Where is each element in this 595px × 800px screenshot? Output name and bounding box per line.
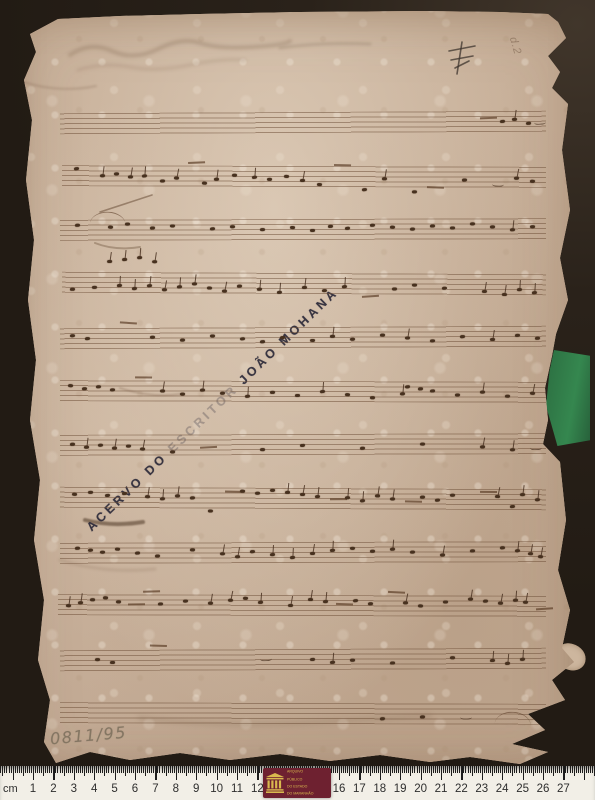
ruler-number: 5	[111, 783, 117, 795]
note-mark	[70, 334, 75, 337]
ruler-tick	[396, 766, 397, 773]
note-mark	[88, 491, 93, 494]
ruler-tick	[182, 766, 183, 773]
ruler-tick	[153, 766, 154, 773]
note-mark	[310, 229, 315, 233]
ruler-tick	[370, 766, 371, 776]
ruler-tick	[447, 766, 448, 773]
note-mark	[140, 447, 145, 451]
note-mark	[420, 442, 425, 446]
ruler: 1234567891011121314151617181920212223242…	[0, 766, 595, 800]
note-mark	[280, 336, 285, 340]
ruler-tick	[449, 766, 450, 773]
note-mark	[530, 180, 535, 184]
note-stem	[260, 279, 262, 288]
ruler-tick	[70, 766, 71, 773]
note-mark	[310, 339, 315, 343]
ruler-tick	[472, 766, 473, 776]
ruler-tick	[221, 766, 222, 773]
note-stem	[145, 166, 147, 175]
note-mark	[78, 601, 83, 604]
note-mark	[526, 122, 531, 126]
note-mark	[420, 495, 425, 499]
ruler-tick	[549, 766, 550, 773]
note-mark	[250, 550, 255, 554]
note-stem	[69, 596, 71, 605]
ruler-tick	[453, 766, 454, 773]
ruler-tick	[213, 766, 214, 773]
ruler-tick	[86, 766, 87, 773]
note-mark	[330, 335, 335, 338]
note-mark	[310, 552, 315, 556]
ruler-tick	[455, 766, 456, 773]
note-mark	[380, 717, 385, 721]
note-mark	[350, 659, 355, 663]
note-stem	[517, 168, 520, 177]
note-mark	[190, 496, 195, 500]
ruler-tick	[484, 766, 485, 773]
music-staff	[60, 487, 546, 511]
ruler-tick	[343, 766, 344, 773]
ruler-tick	[104, 766, 105, 776]
note-stem	[408, 328, 411, 337]
note-mark	[222, 289, 227, 293]
ruler-tick	[580, 766, 581, 773]
note-mark	[105, 494, 110, 498]
note-mark	[320, 390, 325, 394]
ruler-tick	[355, 766, 356, 773]
note-stem	[406, 593, 409, 602]
ruler-tick	[145, 766, 146, 776]
ruler-tick	[565, 766, 566, 773]
note-mark	[96, 385, 101, 389]
note-mark	[70, 443, 75, 447]
music-staff	[60, 648, 546, 672]
note-stem	[498, 487, 501, 496]
ruler-tick	[43, 766, 44, 776]
ruler-tick	[139, 766, 140, 773]
ruler-tick	[219, 766, 220, 773]
note-stem	[515, 109, 517, 118]
note-stem	[180, 277, 182, 286]
ruler-number: 22	[455, 783, 468, 795]
note-mark	[450, 226, 455, 230]
note-mark	[380, 333, 385, 337]
note-mark	[490, 659, 495, 663]
ruler-tick	[512, 766, 513, 776]
ruler-tick	[15, 766, 16, 773]
note-stem	[345, 277, 347, 286]
note-stem	[493, 330, 496, 339]
ruler-tick	[129, 766, 130, 773]
note-mark	[135, 551, 140, 555]
ruler-tick	[51, 766, 52, 773]
ruler-tick	[68, 766, 69, 773]
note-mark	[228, 599, 233, 603]
note-mark	[500, 120, 505, 124]
note-mark	[122, 258, 127, 261]
ruler-tick	[335, 766, 336, 773]
ruler-tick	[60, 766, 61, 773]
ruler-tick	[47, 766, 48, 773]
note-mark	[382, 177, 387, 181]
ruler-tick	[39, 766, 40, 773]
pencil-glyph-icon	[449, 42, 475, 74]
ruler-tick	[366, 766, 367, 773]
note-mark	[126, 445, 131, 449]
note-mark	[220, 552, 225, 556]
note-mark	[122, 492, 127, 495]
note-mark	[435, 499, 440, 503]
note-mark	[68, 384, 73, 388]
note-stem	[385, 169, 388, 178]
ruler-tick	[351, 766, 352, 773]
note-stem	[148, 487, 150, 496]
note-mark	[400, 392, 405, 396]
ruler-tick	[106, 766, 107, 773]
note-mark	[317, 183, 322, 187]
note-mark	[514, 177, 519, 181]
note-mark	[85, 337, 90, 340]
ruler-tick	[168, 766, 169, 773]
note-mark	[410, 550, 415, 554]
note-mark	[418, 604, 423, 608]
archive-logo-text-line: PÚBLICO	[287, 777, 328, 781]
note-mark	[323, 600, 328, 604]
ruler-tick	[31, 766, 32, 773]
note-mark	[360, 499, 365, 503]
note-stem	[135, 278, 137, 287]
ruler-number: 25	[516, 783, 529, 795]
ruler-tick	[363, 766, 364, 773]
scribble-mark	[534, 118, 546, 125]
note-mark	[142, 174, 147, 178]
note-mark	[490, 338, 495, 342]
note-mark	[75, 224, 80, 227]
note-stem	[318, 487, 320, 496]
note-stem	[305, 277, 307, 286]
beam-mark	[480, 117, 497, 119]
note-mark	[210, 227, 215, 231]
note-mark	[180, 339, 185, 343]
ruler-tick	[490, 766, 491, 773]
ruler-tick	[527, 766, 528, 773]
note-mark	[255, 492, 260, 495]
music-staff	[60, 218, 546, 241]
ruler-tick	[210, 766, 211, 773]
archive-logo-text-line: DO ESTADO	[287, 785, 328, 789]
ruler-tick	[576, 766, 577, 773]
ruler-tick	[166, 766, 167, 776]
note-mark	[505, 395, 510, 399]
note-mark	[245, 395, 250, 399]
note-mark	[455, 394, 460, 397]
note-mark	[330, 661, 335, 665]
beam-mark	[188, 161, 205, 163]
note-mark	[328, 225, 333, 229]
music-staff	[60, 111, 546, 135]
note-mark	[462, 179, 467, 182]
ruler-number: 4	[91, 783, 97, 795]
ruler-tick	[98, 766, 99, 773]
ruler-tick	[62, 766, 63, 773]
note-mark	[160, 497, 165, 501]
beam-mark	[135, 376, 152, 378]
note-stem	[516, 590, 518, 599]
note-mark	[66, 604, 71, 607]
note-mark	[300, 444, 305, 448]
ruler-tick	[435, 766, 436, 773]
ruler-tick	[186, 766, 187, 776]
ruler-tick	[245, 766, 246, 773]
archive-logo-text: ARQUIVOPÚBLICODO ESTADODO MARANHÃO	[287, 768, 328, 797]
note-mark	[84, 446, 89, 449]
ruler-tick	[215, 766, 216, 773]
note-mark	[108, 226, 113, 230]
ruler-tick	[429, 766, 430, 773]
note-mark	[470, 222, 475, 225]
ruler-tick	[96, 766, 97, 773]
beam-mark	[334, 164, 351, 166]
ruler-tick	[382, 766, 383, 773]
ruler-tick	[255, 766, 256, 773]
note-mark	[315, 495, 320, 498]
ruler-tick	[427, 766, 428, 773]
note-mark	[147, 284, 152, 287]
ruler-tick	[541, 766, 542, 773]
note-stem	[211, 593, 214, 602]
ruler-tick	[394, 766, 395, 773]
note-mark	[175, 494, 180, 497]
note-mark	[162, 288, 167, 292]
ruler-tick	[76, 766, 77, 773]
ruler-tick	[431, 766, 432, 776]
note-mark	[515, 549, 520, 552]
note-stem	[501, 593, 504, 602]
ruler-tick	[247, 766, 248, 776]
note-mark	[442, 287, 447, 291]
ruler-tick	[164, 766, 165, 773]
ruler-tick	[357, 766, 358, 773]
ruler-tick	[561, 766, 562, 773]
note-stem	[378, 486, 380, 495]
ruler-tick	[465, 766, 466, 773]
note-stem	[273, 544, 275, 553]
note-mark	[345, 227, 350, 231]
note-stem	[326, 591, 328, 600]
note-stem	[538, 490, 540, 499]
ruler-tick	[408, 766, 409, 773]
scribble-mark	[530, 444, 542, 450]
note-mark	[117, 284, 122, 288]
ruler-tick	[368, 766, 369, 773]
note-mark	[92, 286, 97, 289]
note-mark	[460, 335, 465, 339]
ruler-tick	[398, 766, 399, 773]
note-stem	[293, 547, 295, 556]
ruler-number: 10	[210, 783, 223, 795]
ruler-tick	[125, 766, 126, 776]
note-mark	[160, 389, 165, 393]
note-stem	[471, 589, 474, 598]
ruler-tick	[0, 766, 1, 773]
ruler-tick	[412, 766, 413, 773]
ruler-tick	[496, 766, 497, 773]
note-mark	[260, 228, 265, 231]
note-mark	[520, 658, 525, 662]
note-mark	[350, 338, 355, 341]
ruler-tick	[494, 766, 495, 773]
ruler-number: 18	[373, 783, 386, 795]
ruler-tick	[180, 766, 181, 773]
note-stem	[393, 489, 395, 498]
ruler-tick	[102, 766, 103, 773]
ruler-tick	[127, 766, 128, 773]
note-mark	[214, 178, 219, 181]
note-mark	[285, 491, 290, 495]
ruler-number: 3	[71, 783, 77, 795]
ruler-tick	[510, 766, 511, 773]
note-mark	[482, 290, 487, 294]
note-mark	[190, 548, 195, 552]
note-mark	[150, 226, 155, 230]
ruler-tick	[35, 766, 36, 773]
archive-logo-text-line: ARQUIVO	[287, 770, 328, 774]
ruler-tick	[149, 766, 150, 773]
note-mark	[440, 553, 445, 557]
ruler-tick	[488, 766, 489, 773]
green-backing-object	[546, 350, 590, 446]
ruler-tick	[372, 766, 373, 773]
note-mark	[443, 600, 448, 603]
note-mark	[98, 444, 103, 447]
ruler-tick	[347, 766, 348, 773]
note-stem	[203, 380, 205, 389]
paper: ACERVO DO ESCRITOR JOÃO MOHANA 0811/95 d…	[0, 0, 595, 800]
note-stem	[513, 220, 515, 229]
ruler-tick	[539, 766, 540, 773]
note-mark	[112, 447, 117, 451]
note-mark	[290, 226, 295, 230]
beam-mark	[143, 590, 160, 592]
note-mark	[362, 188, 367, 192]
note-mark	[513, 599, 518, 603]
ruler-tick	[414, 766, 415, 773]
ruler-tick	[378, 766, 379, 773]
ruler-tick	[229, 766, 230, 773]
ruler-tick	[174, 766, 175, 773]
ruler-number: 2	[50, 783, 56, 795]
note-mark	[70, 288, 75, 292]
note-mark	[490, 225, 495, 228]
note-stem	[110, 251, 112, 260]
note-mark	[243, 597, 248, 601]
ruler-tick	[592, 766, 593, 773]
ruler-tick	[225, 766, 226, 773]
beam-mark	[388, 591, 405, 594]
note-stem	[261, 592, 263, 601]
note-mark	[517, 288, 522, 292]
note-stem	[518, 541, 520, 550]
note-stem	[303, 485, 306, 494]
note-stem	[348, 488, 350, 497]
note-mark	[290, 556, 295, 560]
note-mark	[160, 179, 165, 182]
beam-mark	[362, 295, 379, 298]
note-stem	[177, 168, 180, 177]
ruler-tick	[159, 766, 160, 773]
note-stem	[313, 544, 316, 553]
note-mark	[208, 509, 213, 513]
note-mark	[418, 387, 423, 391]
note-mark	[95, 658, 100, 662]
scribble-mark	[260, 655, 272, 662]
note-mark	[512, 118, 517, 121]
ruler-tick	[111, 766, 112, 773]
note-stem	[120, 275, 122, 284]
note-stem	[443, 545, 446, 554]
note-mark	[220, 392, 225, 396]
ruler-tick	[6, 766, 7, 773]
note-stem	[178, 486, 180, 495]
beam-mark	[427, 186, 444, 188]
note-mark	[468, 598, 473, 602]
note-mark	[208, 602, 213, 606]
ruler-tick	[259, 766, 260, 773]
ruler-tick	[27, 766, 28, 773]
ruler-tick	[425, 766, 426, 773]
note-mark	[207, 286, 212, 290]
note-mark	[230, 225, 235, 229]
note-mark	[240, 337, 245, 340]
note-stem	[217, 169, 219, 178]
note-stem	[505, 285, 507, 294]
ruler-tick	[80, 766, 81, 773]
note-mark	[110, 388, 115, 391]
note-mark	[498, 602, 503, 606]
ruler-number: 20	[414, 783, 427, 795]
ruler-tick	[406, 766, 407, 773]
note-mark	[260, 448, 265, 452]
note-mark	[480, 445, 485, 449]
ruler-tick	[402, 766, 403, 773]
archive-logo: ARQUIVOPÚBLICODO ESTADODO MARANHÃO	[263, 768, 331, 798]
ruler-tick	[374, 766, 375, 773]
ruler-tick	[119, 766, 120, 773]
ruler-tick	[516, 766, 517, 773]
beam-mark	[480, 491, 497, 493]
ruler-tick	[582, 766, 583, 773]
note-mark	[240, 490, 245, 494]
note-mark	[370, 550, 375, 553]
note-mark	[183, 600, 188, 603]
note-mark	[345, 496, 350, 500]
ruler-tick	[184, 766, 185, 773]
note-mark	[192, 282, 197, 285]
archive-logo-text-line: DO MARANHÃO	[287, 792, 328, 796]
note-mark	[350, 547, 355, 551]
note-mark	[210, 334, 215, 338]
ruler-number: 17	[353, 783, 366, 795]
note-mark	[345, 393, 350, 397]
ruler-tick	[84, 766, 85, 776]
music-staff	[60, 433, 546, 456]
note-mark	[523, 601, 528, 605]
note-mark	[308, 598, 313, 602]
note-mark	[470, 549, 475, 552]
note-mark	[353, 599, 358, 603]
ruler-tick	[463, 766, 464, 773]
